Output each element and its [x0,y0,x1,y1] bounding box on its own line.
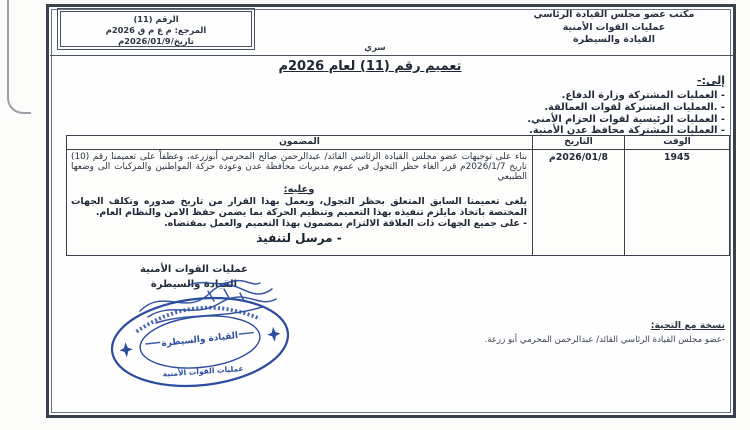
cc-heading: نسخة مع التحية: [484,320,725,331]
recipient-item: - .العمليات المشتركة لقوات العمالقة. [527,102,725,114]
scan-edge-artifact [7,0,31,114]
official-stamp: القيادة والسيطرة عمليات القوات الأمنية [101,284,298,399]
content-intro-paragraph: بناء على توجيهات عضو مجلس القيادة الرئاس… [71,152,527,183]
scanned-document-page: مكتب عضو مجلس القيادة الرئاسي عمليات الق… [0,0,750,430]
recipient-item: - العمليات الرئيسية لقوات الحزام الأمني. [527,114,725,126]
message-table: الوقت التاريخ المضمون 1945 2026/01/8م بن… [66,135,730,256]
document-title: تعميم رقم (11) لعام 2026م [150,59,590,74]
content-subheading: وعليه: [71,184,527,195]
column-header-time: الوقت [625,136,729,150]
cc-block: نسخة مع التحية: -عضو مجلس القيادة الرئاس… [484,320,725,345]
signature-unit-line: عمليات القوات الأمنية [98,263,290,278]
header-divider-rule [50,55,734,56]
content-body-paragraph: يلغى تعميمنا السابق المتعلق بحظر التجول،… [71,196,527,218]
letterhead: مكتب عضو مجلس القيادة الرئاسي عمليات الق… [518,9,710,47]
date-value: 2026/01/8م [533,150,625,255]
letterhead-line-command: القيادة والسيطرة [518,34,710,47]
recipients-list: إلى:- - العمليات المشتركة وزارة الدفاع. … [527,74,725,137]
document-reference: المرجع: م ع م ق 2026م [61,25,251,36]
letterhead-line-office: مكتب عضو مجلس القيادة الرئاسي [518,9,710,22]
letterhead-line-operations: عمليات القوات الأمنية [518,22,710,35]
content-note-paragraph: - على جميع الجهات ذات العلاقة الالتزام ب… [71,218,527,229]
classification-label: سري [340,43,410,53]
content-cell: بناء على توجيهات عضو مجلس القيادة الرئاس… [67,150,533,255]
column-header-content: المضمون [67,136,533,150]
document-date: تاريخ/2026/01/9م [61,36,251,47]
cc-recipient-line: -عضو مجلس القيادة الرئاسي القائد/ عبدالر… [484,335,725,345]
reference-box-inner: الرقم (11) المرجع: م ع م ق 2026م تاريخ/2… [60,11,252,47]
stamp-star-right [267,326,282,342]
content-dispatch-line: - مرسل لتنفيذ [71,231,527,245]
document-number: الرقم (11) [61,14,251,25]
recipient-item: - العمليات المشتركة وزارة الدفاع. [527,90,725,102]
column-header-date: التاريخ [533,136,625,150]
recipients-heading: إلى:- [527,74,725,87]
stamp-arc-text: عمليات القوات الأمنية [162,364,244,379]
time-value: 1945 [625,150,729,255]
reference-box: الرقم (11) المرجع: م ع م ق 2026م تاريخ/2… [57,8,255,50]
stamp-center-text: القيادة والسيطرة [161,331,239,349]
stamp-star-left [119,342,134,358]
